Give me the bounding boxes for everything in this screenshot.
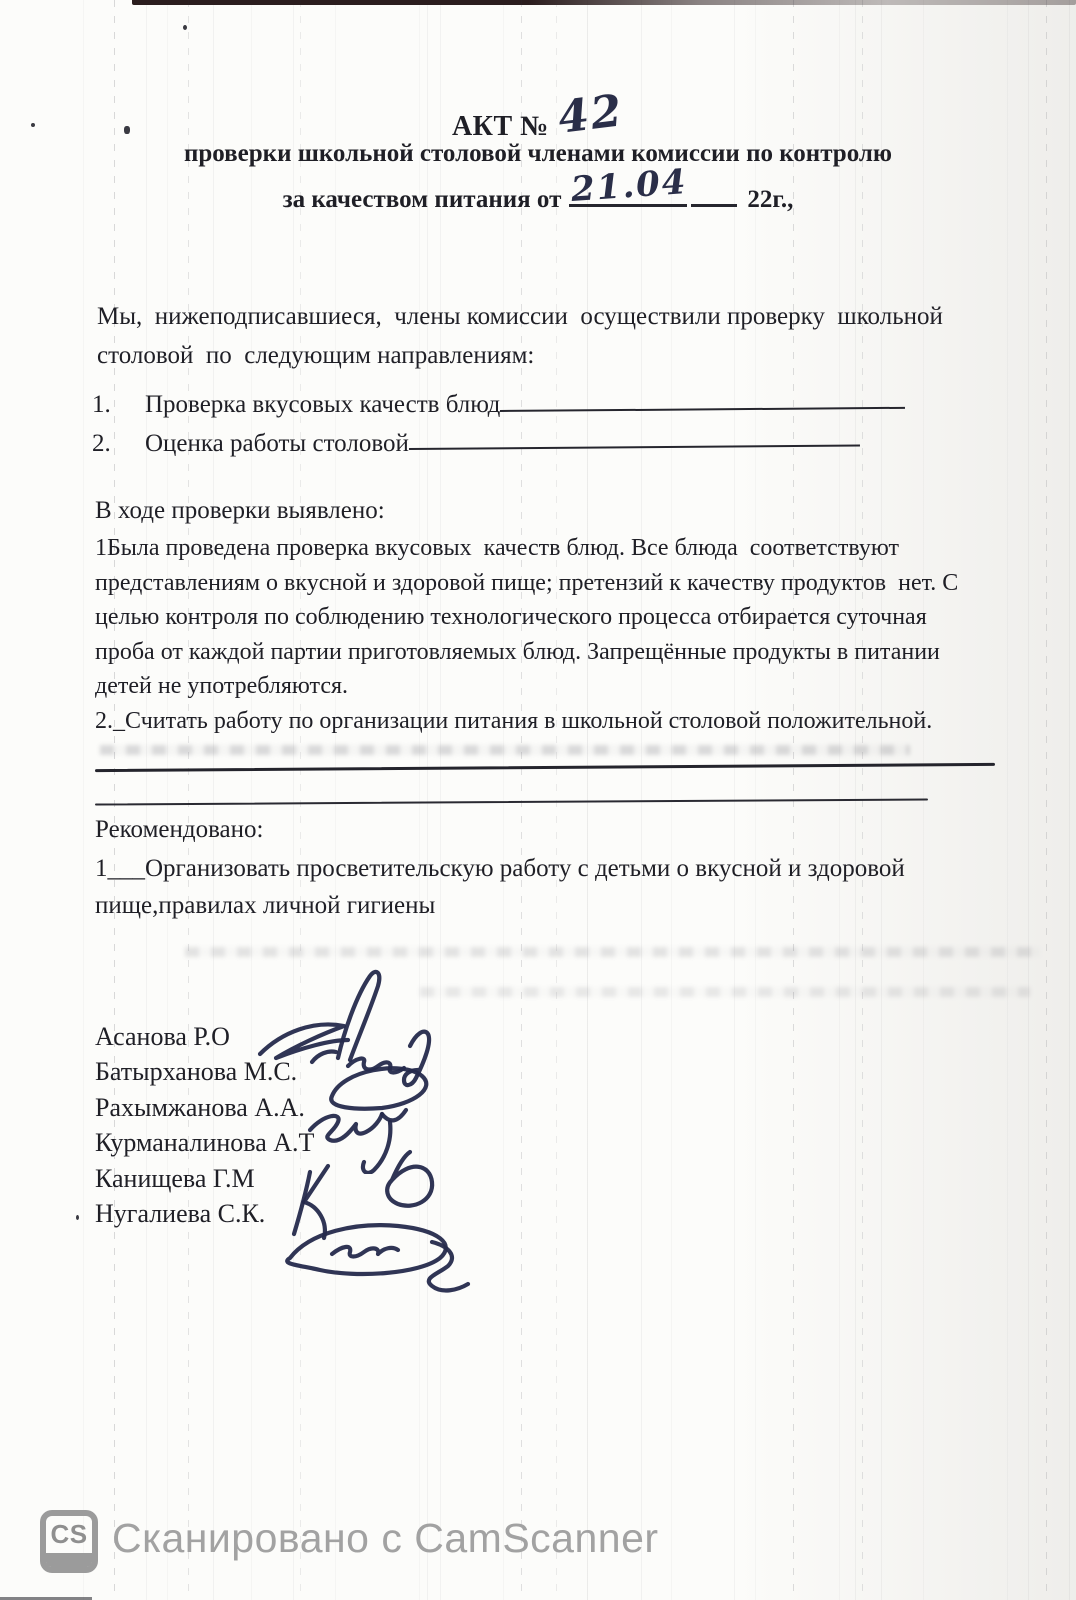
inspection-checklist: 1. Проверка вкусовых качеств блюд 2. Оце… (92, 386, 905, 463)
recommended-paragraph: 1___Организовать просветительскую работу… (95, 850, 905, 924)
signatory-name: Асанова Р.О (95, 1019, 314, 1054)
fill-in-blank-line (500, 383, 905, 412)
bleed-through-smudge (420, 987, 1030, 997)
blank-underline (691, 177, 737, 207)
signatory-name: Курманалинова А.Т (95, 1125, 314, 1160)
checklist-item-label: Проверка вкусовых качеств блюд (145, 386, 500, 424)
scan-artifact-line (300, 0, 301, 1600)
checklist-item-label: Оценка работы столовой (145, 425, 409, 463)
scan-artifact-line (1046, 0, 1047, 1600)
blank-rule-line-2 (95, 798, 928, 805)
subtitle-date-prefix: за качеством питания от (283, 186, 562, 213)
date-underline: 21.04 (569, 177, 687, 207)
camscanner-footer: CS Сканировано с CamScanner (0, 1505, 1076, 1585)
signatory-name: Нугалиева С.К. (95, 1196, 314, 1231)
signatory-name: Батырханова М.С. (95, 1054, 314, 1089)
findings-paragraph: 1Была проведена проверка вкусовых качест… (95, 531, 958, 739)
document-subtitle-line2: за качеством питания от21.0422г., (0, 177, 1076, 214)
camscanner-logo-bar (46, 1553, 92, 1567)
signatory-name: Рахымжанова А.А. (95, 1090, 314, 1125)
fill-in-blank-line (409, 421, 860, 451)
camscanner-logo-icon: CS (40, 1510, 98, 1573)
scan-speck (183, 25, 187, 30)
checklist-item: 2. Оценка работы столовой (92, 424, 860, 462)
signature-handwritten-2 (298, 1052, 458, 1174)
scan-speck (76, 1215, 79, 1220)
intro-line: столовой по следующим направлениям: (97, 336, 943, 375)
findings-line: 2._Считать работу по организации питания… (95, 704, 958, 739)
scanned-document-page: АКТ №42 проверки школьной столовой члена… (0, 0, 1076, 1600)
recommended-heading: Рекомендовано: (95, 816, 263, 844)
bleed-through-smudge (185, 947, 1040, 957)
camscanner-watermark-text: Сканировано с CamScanner (112, 1515, 659, 1562)
bleed-through-smudge (100, 745, 910, 755)
document-subtitle-line1: проверки школьной столовой членами комис… (0, 140, 1076, 168)
checklist-item: 1. Проверка вкусовых качеств блюд (92, 386, 905, 424)
subtitle-year-suffix: 22г., (747, 186, 793, 213)
intro-paragraph: Мы, нижеподписавшиеся, члены комиссии ос… (97, 297, 943, 375)
handwritten-act-number: 42 (555, 85, 626, 144)
findings-line: проба от каждой партии приготовляемых бл… (95, 635, 958, 670)
signatory-name: Канищева Г.М (95, 1161, 314, 1196)
findings-line: детей не употребляются. (95, 669, 958, 704)
recommended-line: 1___Организовать просветительскую работу… (95, 850, 905, 887)
findings-heading: В ходе проверки выявлено: (95, 497, 385, 525)
camscanner-logo-letters: CS (46, 1519, 92, 1550)
scan-artifact-line (188, 0, 189, 1600)
handwritten-date: 21.04 (570, 162, 689, 210)
title-text: АКТ № (452, 111, 549, 142)
signatory-name-list: Асанова Р.ОБатырханова М.С.Рахымжанова А… (95, 1019, 314, 1231)
recommended-line: пище,правилах личной гигиены (95, 887, 905, 924)
scan-top-edge-shadow (132, 0, 1076, 5)
checklist-item-number: 2. (92, 425, 145, 463)
scan-artifact-line (114, 0, 115, 1600)
blank-rule-line-1 (95, 763, 995, 772)
findings-line: целью контроля по соблюдению технологиче… (95, 600, 958, 635)
findings-line: представлениям о вкусной и здоровой пище… (95, 566, 958, 601)
document-title: АКТ №42 (0, 95, 1076, 146)
checklist-item-number: 1. (92, 386, 145, 424)
findings-line: 1Была проведена проверка вкусовых качест… (95, 531, 958, 566)
intro-line: Мы, нижеподписавшиеся, члены комиссии ос… (97, 297, 943, 336)
